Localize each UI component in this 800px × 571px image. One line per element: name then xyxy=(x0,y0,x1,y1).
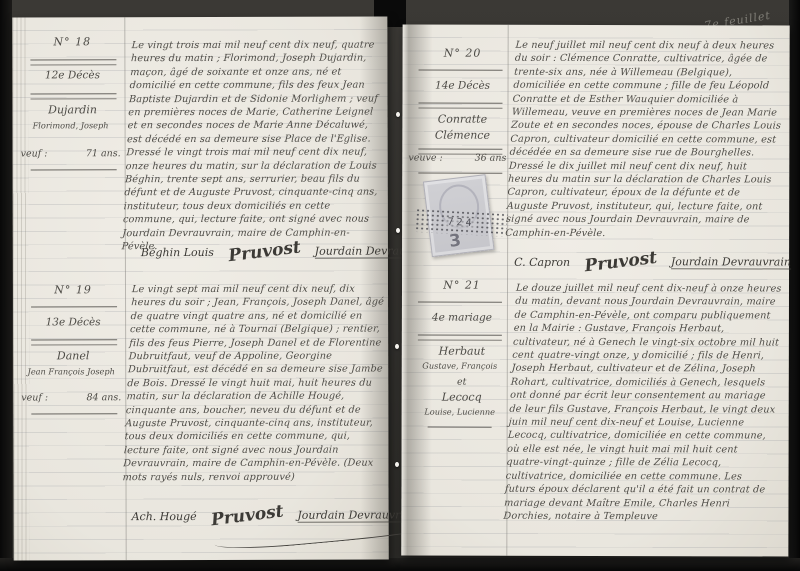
status-age-line: veuf : 71 ans. xyxy=(21,148,121,159)
signature-row: C. Capron Pruvost Jourdain Devrauvrain xyxy=(514,249,791,270)
act-number: N° 19 xyxy=(27,283,119,296)
register-right-page: N° 20 14e Décès Conratte Clémence veuve … xyxy=(401,24,789,556)
deceased-surname: Conratte xyxy=(416,113,508,126)
signature-mayor: Jourdain Devrauvrain xyxy=(671,255,791,269)
signature-row: Béghin Louis Pruvost Jourdain Devrauvrai… xyxy=(141,238,435,259)
book-cover-left-edge xyxy=(0,0,12,571)
signature-declarant-1: C. Capron xyxy=(514,256,570,269)
death-act-text: Le neuf juillet mil neuf cent dix neuf à… xyxy=(505,39,786,241)
margin-rule xyxy=(419,70,503,71)
marital-status: veuf : xyxy=(21,148,48,159)
death-act-text: Le vingt sept mai mil neuf cent dix neuf… xyxy=(122,283,390,485)
margin-rule xyxy=(30,59,116,65)
margin-rule xyxy=(428,427,492,428)
stamp-value: 3 xyxy=(448,231,462,252)
deceased-given-names: Clémence xyxy=(416,129,508,142)
binding-stitch xyxy=(395,462,399,467)
age-at-death: 36 ans xyxy=(475,153,507,164)
conjunction-et: et xyxy=(416,377,508,388)
deceased-given-names: Florimond, Joseph xyxy=(15,120,127,130)
binding-stitch xyxy=(395,344,399,349)
signature-declarant-2: Pruvost xyxy=(227,237,302,266)
act-type: 12e Décès xyxy=(26,69,118,81)
margin-rule xyxy=(31,306,117,307)
groom-surname: Herbaut xyxy=(416,345,508,358)
margin-rule xyxy=(31,339,117,345)
marriage-act-text: Le douze juillet mil neuf cent dix-neuf … xyxy=(503,282,786,524)
act-type: 4e mariage xyxy=(412,312,512,324)
signature-declarant-1: Ach. Hougé xyxy=(132,510,197,523)
deceased-surname: Dujardin xyxy=(27,103,119,116)
act-number: N° 18 xyxy=(26,35,118,48)
age-at-death: 84 ans. xyxy=(86,392,121,403)
deceased-given-names: Jean François Joseph xyxy=(13,366,129,376)
margin-rule xyxy=(418,302,502,303)
bride-given-names: Louise, Lucienne xyxy=(402,406,518,416)
act-number: N° 20 xyxy=(417,47,509,60)
act-type: 14e Décès xyxy=(417,80,509,92)
stamp-perforation-band: 724 xyxy=(414,208,507,237)
fiscal-stamp: 724 3 xyxy=(423,174,495,257)
marital-status: veuf : xyxy=(21,392,48,403)
binding-stitch xyxy=(396,112,400,117)
register-left-page: N° 18 12e Décès Dujardin Florimond, Jose… xyxy=(12,17,388,561)
margin-rule xyxy=(30,93,116,99)
book-cover-right-edge xyxy=(789,0,800,571)
signature-declarant-1: Béghin Louis xyxy=(141,246,214,259)
margin-rule xyxy=(31,413,117,414)
margin-rule xyxy=(418,103,502,109)
groom-given-names: Gustave, François xyxy=(402,360,518,370)
bride-surname: Lecocq xyxy=(416,391,508,404)
margin-rule xyxy=(31,169,117,170)
age-at-death: 71 ans. xyxy=(86,148,121,159)
binding-stitch xyxy=(396,228,400,233)
death-act-text: Le vingt trois mai mil neuf cent dix neu… xyxy=(121,39,390,254)
act-number: N° 21 xyxy=(416,279,508,292)
signature-declarant-2: Pruvost xyxy=(584,248,659,277)
deceased-surname: Danel xyxy=(27,349,119,362)
act-type: 13e Décès xyxy=(27,316,119,328)
marital-status: veuve : xyxy=(408,153,442,164)
margin-rule xyxy=(418,335,502,341)
status-age-line: veuve : 36 ans xyxy=(408,153,506,164)
margin-rule xyxy=(418,173,502,174)
status-age-line: veuf : 84 ans. xyxy=(21,392,121,403)
stamp-perforation-number: 724 xyxy=(445,216,477,229)
